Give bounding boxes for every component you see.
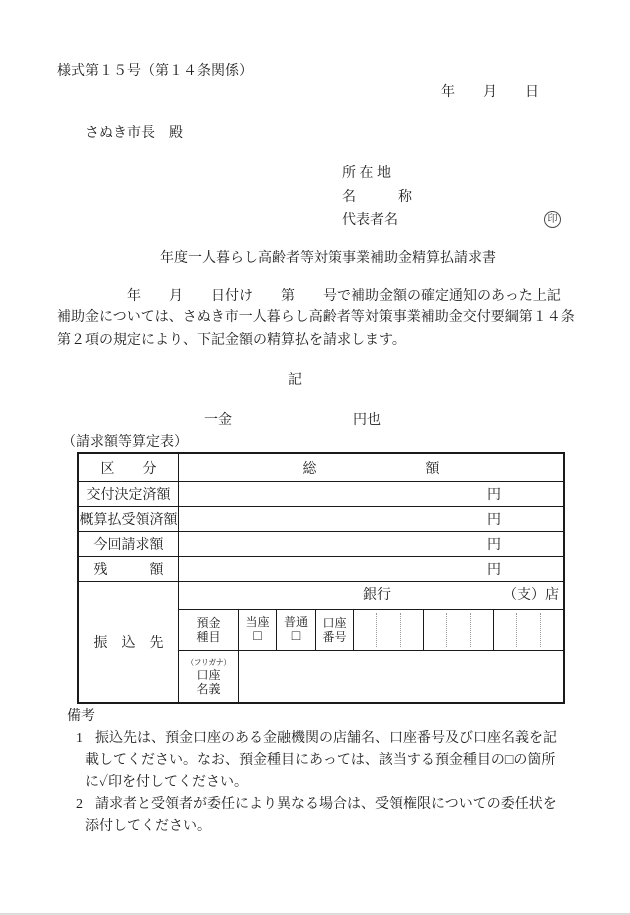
account-name-line1: 口座 — [196, 668, 220, 682]
branch-suffix-label: （支）店 — [503, 587, 559, 604]
digit-box[interactable] — [354, 613, 376, 647]
digit-box[interactable] — [424, 613, 446, 647]
request-amount-blank[interactable]: 円 — [179, 532, 563, 556]
transfer-detail-area: 銀行 （支）店 預金 種目 当座 □ 普通 □ — [179, 582, 563, 702]
amount-prefix: 一金 — [204, 412, 232, 429]
remark-1-line-1: 振込先は、預金口座のある金融機関の店舗名、口座番号及び口座名義を記 — [95, 730, 557, 747]
ordinary-checkbox[interactable]: □ — [292, 629, 300, 645]
account-name-row: （フリガナ） 口座 名義 — [179, 651, 563, 702]
table-row: 今回請求額 円 — [79, 532, 563, 557]
row-label-cell: 概算払受領済額 — [79, 507, 179, 531]
address-label: 所 在 地 — [342, 165, 391, 182]
row-label-cell: 残 額 — [79, 557, 179, 581]
yen-unit: 円 — [487, 559, 501, 579]
bank-suffix-label: 銀行 — [363, 587, 391, 604]
table-header-row: 区 分 総 額 — [79, 454, 563, 482]
account-number-cell-3[interactable] — [494, 610, 563, 650]
account-number-cell-1[interactable] — [354, 610, 424, 650]
checking-label: 当座 — [245, 615, 269, 629]
table-caption: （請求額等算定表） — [62, 434, 188, 451]
remark-1-number: 1 — [76, 730, 83, 747]
digit-box[interactable] — [376, 613, 399, 647]
row-label: 今回請求額 — [94, 534, 164, 554]
remark-2-line-1: 請求者と受領者が委任により異なる場合は、受領権限についての委任状を — [95, 796, 557, 813]
header-category-label: 区 分 — [101, 458, 157, 478]
received-amount-blank[interactable]: 円 — [179, 507, 563, 531]
yen-unit: 円 — [487, 509, 501, 529]
body-line-3: 第２項の規定により、下記金額の精算払を請求します。 — [57, 332, 406, 349]
header-total-left: 総 — [303, 458, 317, 478]
transfer-section: 振 込 先 銀行 （支）店 預金 種目 当座 □ 普通 — [79, 582, 563, 702]
decided-amount-blank[interactable]: 円 — [179, 482, 563, 506]
row-label-cell: 交付決定済額 — [79, 482, 179, 506]
seal-char: 印 — [548, 215, 558, 225]
amount-suffix: 円也 — [353, 412, 381, 429]
account-number-line1: 口座 — [322, 616, 346, 630]
table-row: 残 額 円 — [79, 557, 563, 582]
deposit-type-line1: 預金 — [196, 616, 220, 630]
remark-1-line-2: 載してください。なお、預金種目にあっては、該当する預金種目の□の箇所 — [85, 752, 555, 769]
transfer-label-cell: 振 込 先 — [79, 582, 179, 702]
row-label: 交付決定済額 — [87, 484, 171, 504]
addressee: さぬき市長 殿 — [85, 125, 183, 142]
remark-1-line-3: に✓印を付してください。 — [85, 774, 248, 791]
row-label: 概算払受領済額 — [80, 509, 178, 529]
deposit-row: 預金 種目 当座 □ 普通 □ 口座 番号 — [179, 610, 563, 651]
remarks-heading: 備考 — [67, 708, 95, 725]
transfer-label: 振 込 先 — [94, 632, 164, 652]
account-number-label-cell: 口座 番号 — [316, 610, 354, 650]
yen-unit: 円 — [487, 534, 501, 554]
form-number: 様式第１５号（第１４条関係） — [57, 63, 253, 80]
digit-box[interactable] — [540, 613, 563, 647]
seal-mark-icon: 印 — [544, 211, 561, 228]
body-line-1: 年 月 日付け 第 号で補助金額の確定通知のあった上記 — [127, 288, 561, 305]
document-title: 年度一人暮らし高齢者等対策事業補助金精算払請求書 — [160, 250, 496, 267]
representative-label: 代表者名 — [342, 212, 398, 229]
header-total-cell: 総 額 — [179, 454, 563, 481]
row-label-cell: 今回請求額 — [79, 532, 179, 556]
ordinary-option-cell[interactable]: 普通 □ — [277, 610, 316, 650]
digit-box[interactable] — [446, 613, 469, 647]
furigana-label: （フリガナ） — [186, 657, 231, 668]
digit-box[interactable] — [470, 613, 493, 647]
form-page: 様式第１５号（第１４条関係） 年 月 日 さぬき市長 殿 所 在 地 名 称 代… — [0, 0, 630, 915]
calculation-table: 区 分 総 額 交付決定済額 円 概算払受領済額 円 今回請求額 円 残 額 円… — [77, 452, 565, 704]
name-label: 名 称 — [342, 189, 412, 206]
table-row: 概算払受領済額 円 — [79, 507, 563, 532]
ordinary-label: 普通 — [284, 615, 308, 629]
checking-checkbox[interactable]: □ — [253, 629, 261, 645]
yen-unit: 円 — [487, 484, 501, 504]
account-name-blank[interactable] — [239, 651, 563, 702]
date-line: 年 月 日 — [441, 84, 539, 101]
digit-box[interactable] — [516, 613, 539, 647]
ki-marker: 記 — [288, 372, 302, 389]
account-name-label-cell: （フリガナ） 口座 名義 — [179, 651, 239, 702]
body-line-2: 補助金については、さぬき市一人暮らし高齢者等対策事業補助金交付要綱第１４条 — [57, 309, 575, 326]
table-row: 交付決定済額 円 — [79, 482, 563, 507]
digit-box[interactable] — [400, 613, 423, 647]
header-total-right: 額 — [426, 458, 440, 478]
deposit-type-line2: 種目 — [196, 630, 220, 644]
header-category-cell: 区 分 — [79, 454, 179, 481]
remaining-amount-blank[interactable]: 円 — [179, 557, 563, 581]
bank-name-row[interactable]: 銀行 （支）店 — [179, 582, 563, 610]
remark-2-number: 2 — [76, 796, 83, 813]
account-number-cell-2[interactable] — [424, 610, 494, 650]
digit-box[interactable] — [494, 613, 516, 647]
account-name-line2: 名義 — [196, 682, 220, 696]
account-number-line2: 番号 — [322, 630, 346, 644]
deposit-type-label-cell: 預金 種目 — [179, 610, 239, 650]
row-label: 残 額 — [94, 559, 164, 579]
checking-option-cell[interactable]: 当座 □ — [239, 610, 277, 650]
remark-2-line-2: 添付してください。 — [85, 818, 211, 835]
